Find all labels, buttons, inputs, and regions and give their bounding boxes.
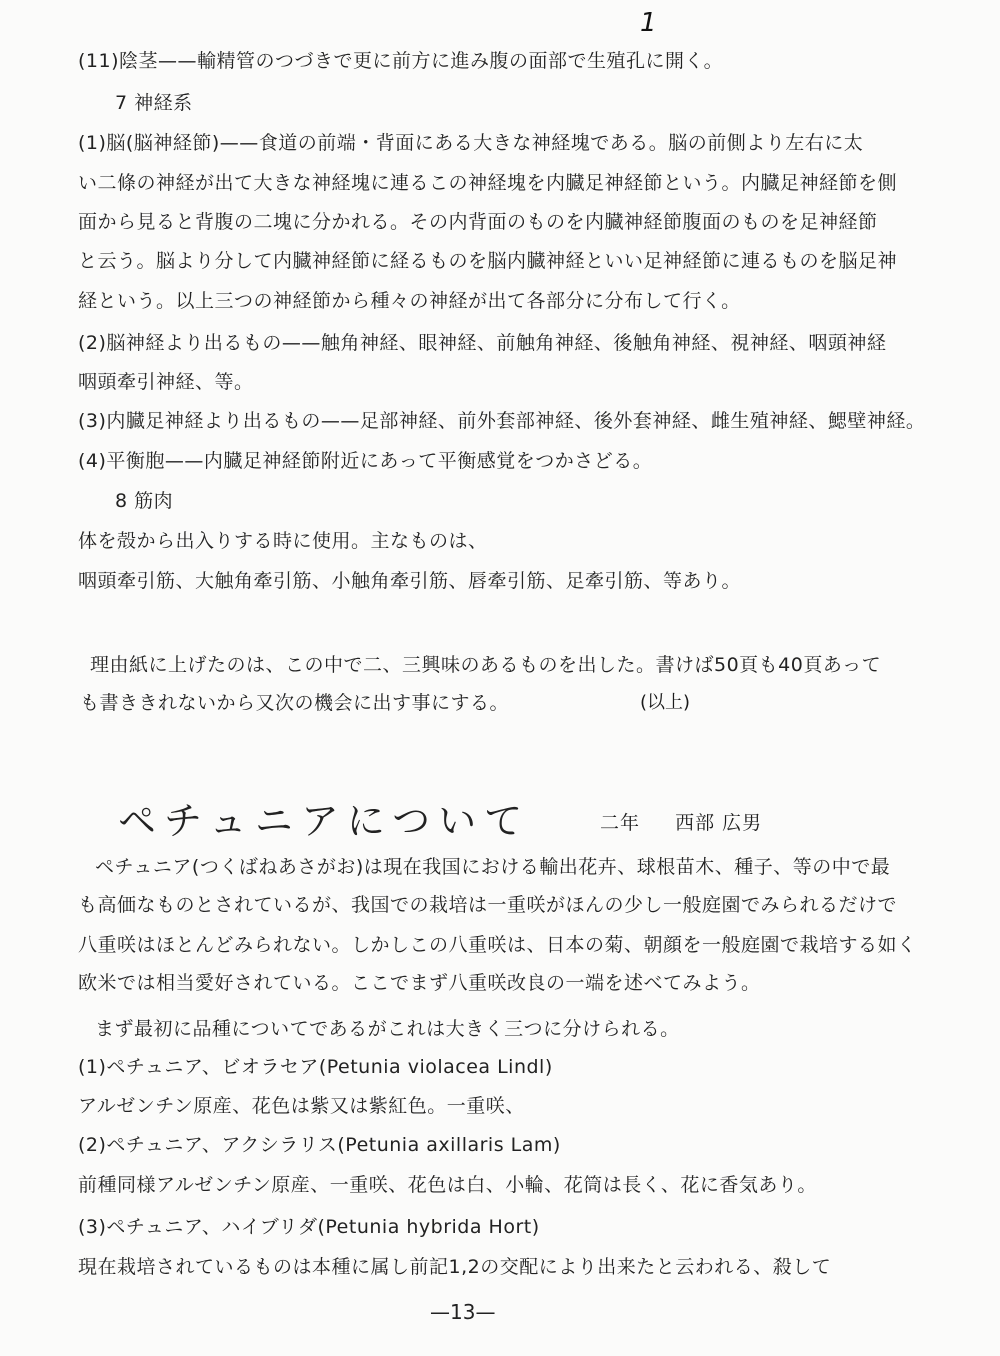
closing-line: 理由紙に上げたのは、この中で二、三興味のあるものを出した。書けば50頁も40頁あ… [90,650,881,677]
nerve-p1-line: と云う。脳より分して内臓神経節に経るものを脳内臓神経といい足神経節に連るものを脳… [78,246,897,273]
top-mark: 1 [640,8,657,38]
nerve-p3-line: (3)内臓足神経より出るもの——足部神経、前外套部神経、後外套神経、雌生殖神経、… [78,406,925,433]
scanned-page: 1 (11)陰茎——輸精管のつづきで更に前方に進み腹の面部で生殖孔に開く。 7 … [0,0,1000,1356]
nerve-p2-line: (2)脳神経より出るもの——触角神経、眼神経、前触角神経、後触角神経、視神経、咽… [78,328,886,355]
intro-line: も高価なものとされているが、我国での栽培は一重咲がほんの少し一般庭園でみられるだ… [78,890,897,917]
closing-signoff: (以上) [640,688,690,714]
author-grade: 二年 [600,812,640,834]
nerve-p1-line: 面から見ると背腹の二塊に分かれる。その内背面のものを内臓神経節腹面のものを足神経… [78,207,878,234]
intro-line: 欧米では相当愛好されている。ここでまず八重咲改良の一端を述べてみよう。 [78,968,761,995]
heading-muscles: 8 筋肉 [115,486,173,513]
author-byline: 二年 西部 広男 [600,808,790,835]
species-desc: 前種同様アルゼンチン原産、一重咲、花色は白、小輪、花筒は長く、花に香気あり。 [78,1170,817,1197]
intro-line: ペチュニア(つくばねあさがお)は現在我国における輸出花卉、球根苗木、種子、等の中… [95,852,890,879]
nerve-p4-line: (4)平衡胞——内臓足神経節附近にあって平衡感覚をつかさどる。 [78,446,652,473]
intro-line: まず最初に品種についてであるがこれは大きく三つに分けられる。 [95,1014,680,1041]
article-title: ペチュニアについて [118,790,530,845]
page-number: —13— [430,1300,495,1324]
item-11-penis: (11)陰茎——輸精管のつづきで更に前方に進み腹の面部で生殖孔に開く。 [78,46,723,73]
closing-line: も書ききれないから又次の機会に出す事にする。 [80,688,509,715]
muscle-line: 体を殻から出入りする時に使用。主なものは、 [78,526,488,553]
nerve-p1-line: (1)脳(脳神経節)——食道の前端・背面にある大きな神経塊である。脳の前側より左… [78,128,863,155]
nerve-p2-line: 咽頭牽引神経、等。 [78,367,254,394]
species-desc: アルゼンチン原産、花色は紫又は紫紅色。一重咲、 [78,1091,525,1118]
nerve-p1-line: 経という。以上三つの神経節から種々の神経が出て各部分に分布して行く。 [78,286,741,313]
species-label: (2)ペチュニア、アクシラリス(Petunia axillaris Lam) [78,1130,561,1157]
intro-line: 八重咲はほとんどみられない。しかしこの八重咲は、日本の菊、朝顔を一般庭園で栽培す… [78,930,917,957]
species-label: (3)ペチュニア、ハイブリダ(Petunia hybrida Hort) [78,1212,540,1239]
species-label: (1)ペチュニア、ビオラセア(Petunia violacea Lindl) [78,1052,553,1079]
muscle-line: 咽頭牽引筋、大触角牽引筋、小触角牽引筋、唇牽引筋、足牽引筋、等あり。 [78,566,741,593]
species-desc: 現在栽培されているものは本種に属し前記1,2の交配により出来たと云われる、殺して [78,1252,831,1279]
nerve-p1-line: い二條の神経が出て大きな神経塊に連るこの神経塊を内臓足神経節という。内臓足神経節… [78,168,897,195]
author-name: 西部 広男 [675,812,762,834]
heading-nervous-system: 7 神経系 [115,88,193,115]
